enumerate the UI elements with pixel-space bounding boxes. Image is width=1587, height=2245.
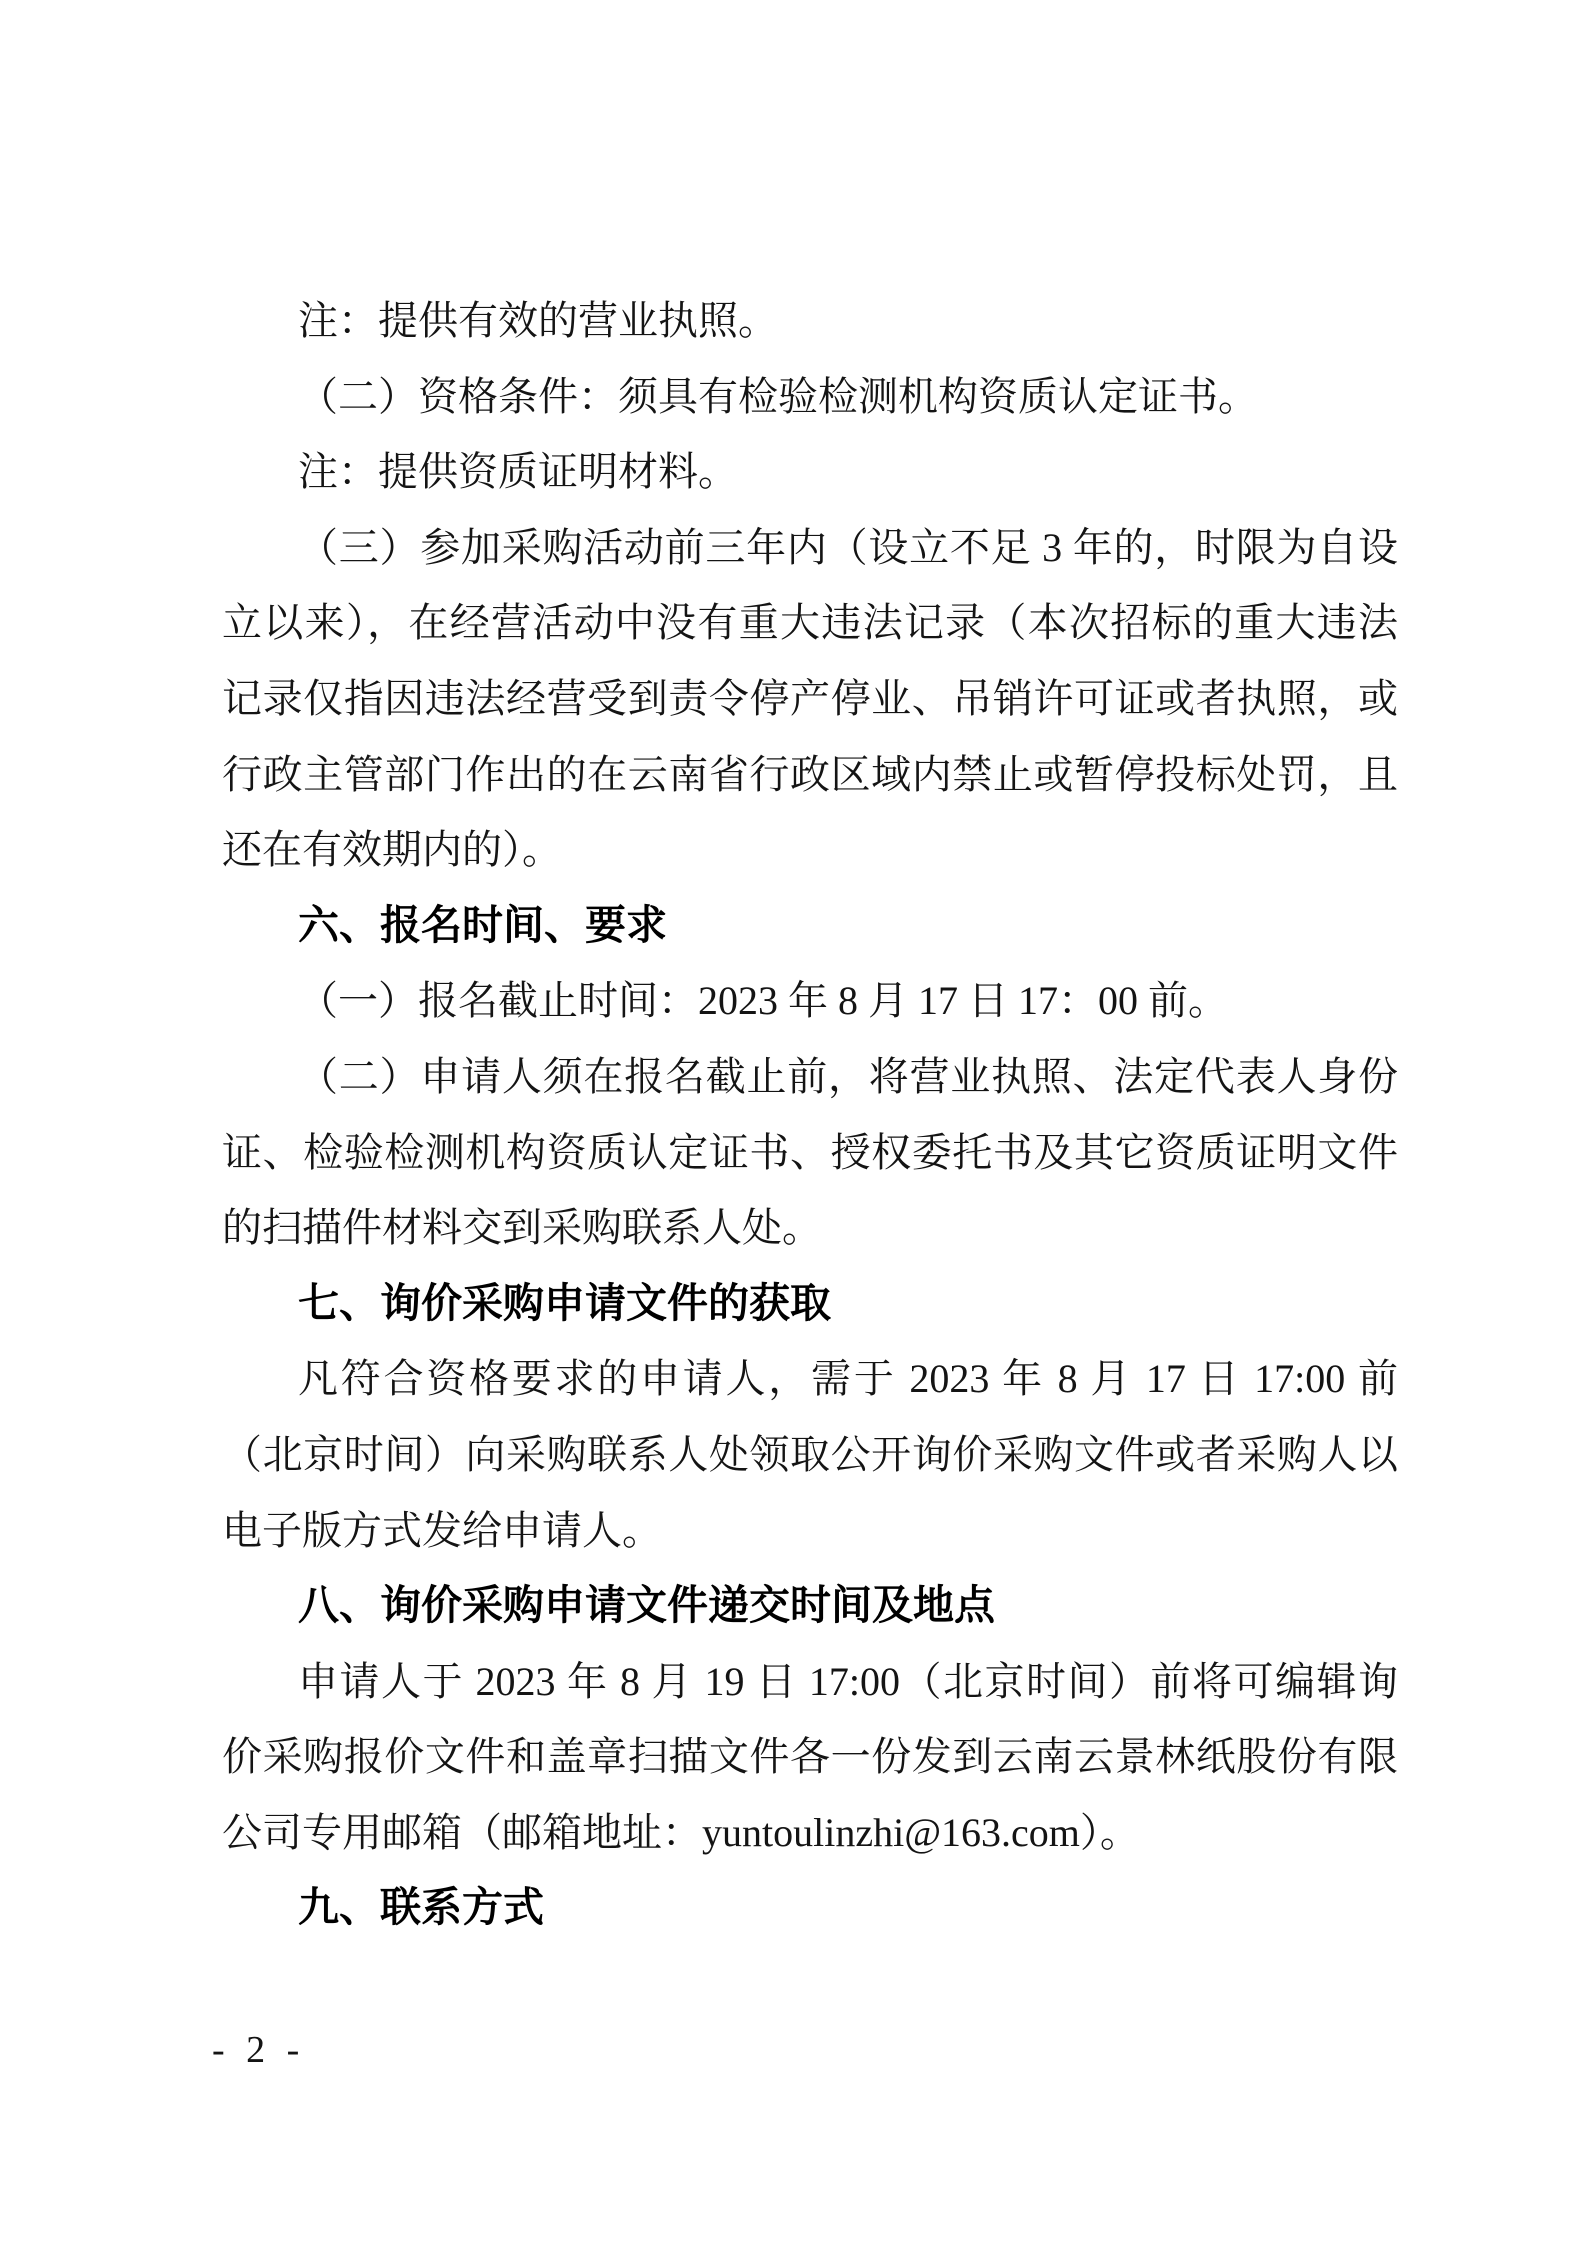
page-number: - 2 - — [212, 2028, 305, 2072]
document-body: 注：提供有效的营业执照。（二）资格条件：须具有检验检测机构资质认定证书。注：提供… — [222, 283, 1398, 1946]
paragraph: （二）资格条件：须具有检验检测机构资质认定证书。 — [222, 359, 1398, 435]
paragraph: （一）报名截止时间：2023 年 8 月 17 日 17：00 前。 — [222, 963, 1398, 1039]
section-heading: 九、联系方式 — [222, 1870, 1398, 1946]
section-heading: 七、询价采购申请文件的获取 — [222, 1266, 1398, 1342]
paragraph: 注：提供资质证明材料。 — [222, 434, 1398, 510]
section-heading: 八、询价采购申请文件递交时间及地点 — [222, 1568, 1398, 1644]
paragraph: 凡符合资格要求的申请人，需于 2023 年 8 月 17 日 17:00 前（北… — [222, 1341, 1398, 1568]
section-heading: 六、报名时间、要求 — [222, 888, 1398, 964]
paragraph: 注：提供有效的营业执照。 — [222, 283, 1398, 359]
paragraph: （三）参加采购活动前三年内（设立不足 3 年的，时限为自设立以来），在经营活动中… — [222, 510, 1398, 888]
paragraph: 申请人于 2023 年 8 月 19 日 17:00（北京时间）前将可编辑询价采… — [222, 1644, 1398, 1871]
document-page: 注：提供有效的营业执照。（二）资格条件：须具有检验检测机构资质认定证书。注：提供… — [0, 0, 1587, 2245]
paragraph: （二）申请人须在报名截止前，将营业执照、法定代表人身份证、检验检测机构资质认定证… — [222, 1039, 1398, 1266]
